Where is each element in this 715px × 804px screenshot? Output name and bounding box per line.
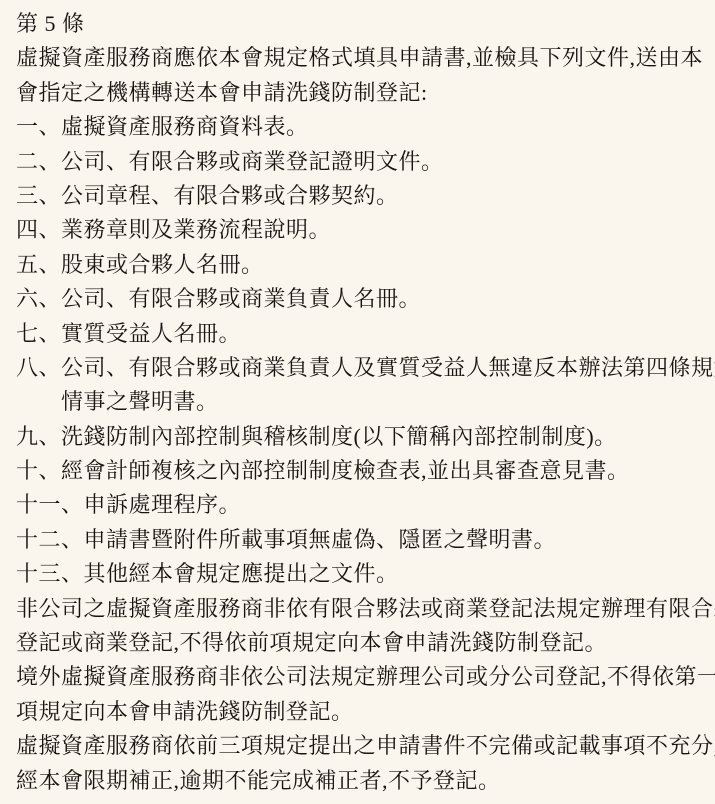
- article-line: 四、業務章則及業務流程說明。: [16, 213, 707, 247]
- article-line: 十二、申請書暨附件所載事項無虛偽、隱匿之聲明書。: [16, 523, 707, 557]
- article-line: 境外虛擬資產服務商非依公司法規定辦理公司或分公司登記,不得依第一: [16, 660, 707, 694]
- page: { "page": { "background_color": "#FAF6EE…: [0, 0, 715, 804]
- article-line: 虛擬資產服務商應依本會規定格式填具申請書,並檢具下列文件,送由本: [16, 41, 707, 75]
- article-line: 七、實質受益人名冊。: [16, 317, 707, 351]
- article-line: 二、公司、有限合夥或商業登記證明文件。: [16, 145, 707, 179]
- article-number: 第 5 條: [16, 7, 707, 41]
- article-line: 九、洗錢防制內部控制與稽核制度(以下簡稱內部控制制度)。: [16, 420, 707, 454]
- article-line: 十、經會計師複核之內部控制制度檢查表,並出具審查意見書。: [16, 454, 707, 488]
- article-content: 第 5 條 虛擬資產服務商應依本會規定格式填具申請書,並檢具下列文件,送由本會指…: [0, 0, 715, 798]
- article-line: 經本會限期補正,逾期不能完成補正者,不予登記。: [16, 764, 707, 798]
- article-line: 非公司之虛擬資產服務商非依有限合夥法或商業登記法規定辦理有限合夥: [16, 592, 707, 626]
- article-line: 虛擬資產服務商依前三項規定提出之申請書件不完備或記載事項不充分,: [16, 729, 707, 763]
- article-line: 三、公司章程、有限合夥或合夥契約。: [16, 179, 707, 213]
- article-line: 六、公司、有限合夥或商業負責人名冊。: [16, 282, 707, 316]
- article-line: 登記或商業登記,不得依前項規定向本會申請洗錢防制登記。: [16, 626, 707, 660]
- article-line: 一、虛擬資產服務商資料表。: [16, 110, 707, 144]
- article-line: 十一、申訴處理程序。: [16, 488, 707, 522]
- article-line: 情事之聲明書。: [16, 385, 707, 419]
- article-line: 會指定之機構轉送本會申請洗錢防制登記:: [16, 76, 707, 110]
- article-line: 項規定向本會申請洗錢防制登記。: [16, 695, 707, 729]
- article-line: 八、公司、有限合夥或商業負責人及實質受益人無違反本辦法第四條規定: [16, 351, 707, 385]
- article-lines: 虛擬資產服務商應依本會規定格式填具申請書,並檢具下列文件,送由本會指定之機構轉送…: [16, 41, 707, 798]
- article-line: 五、股東或合夥人名冊。: [16, 248, 707, 282]
- article-line: 十三、其他經本會規定應提出之文件。: [16, 557, 707, 591]
